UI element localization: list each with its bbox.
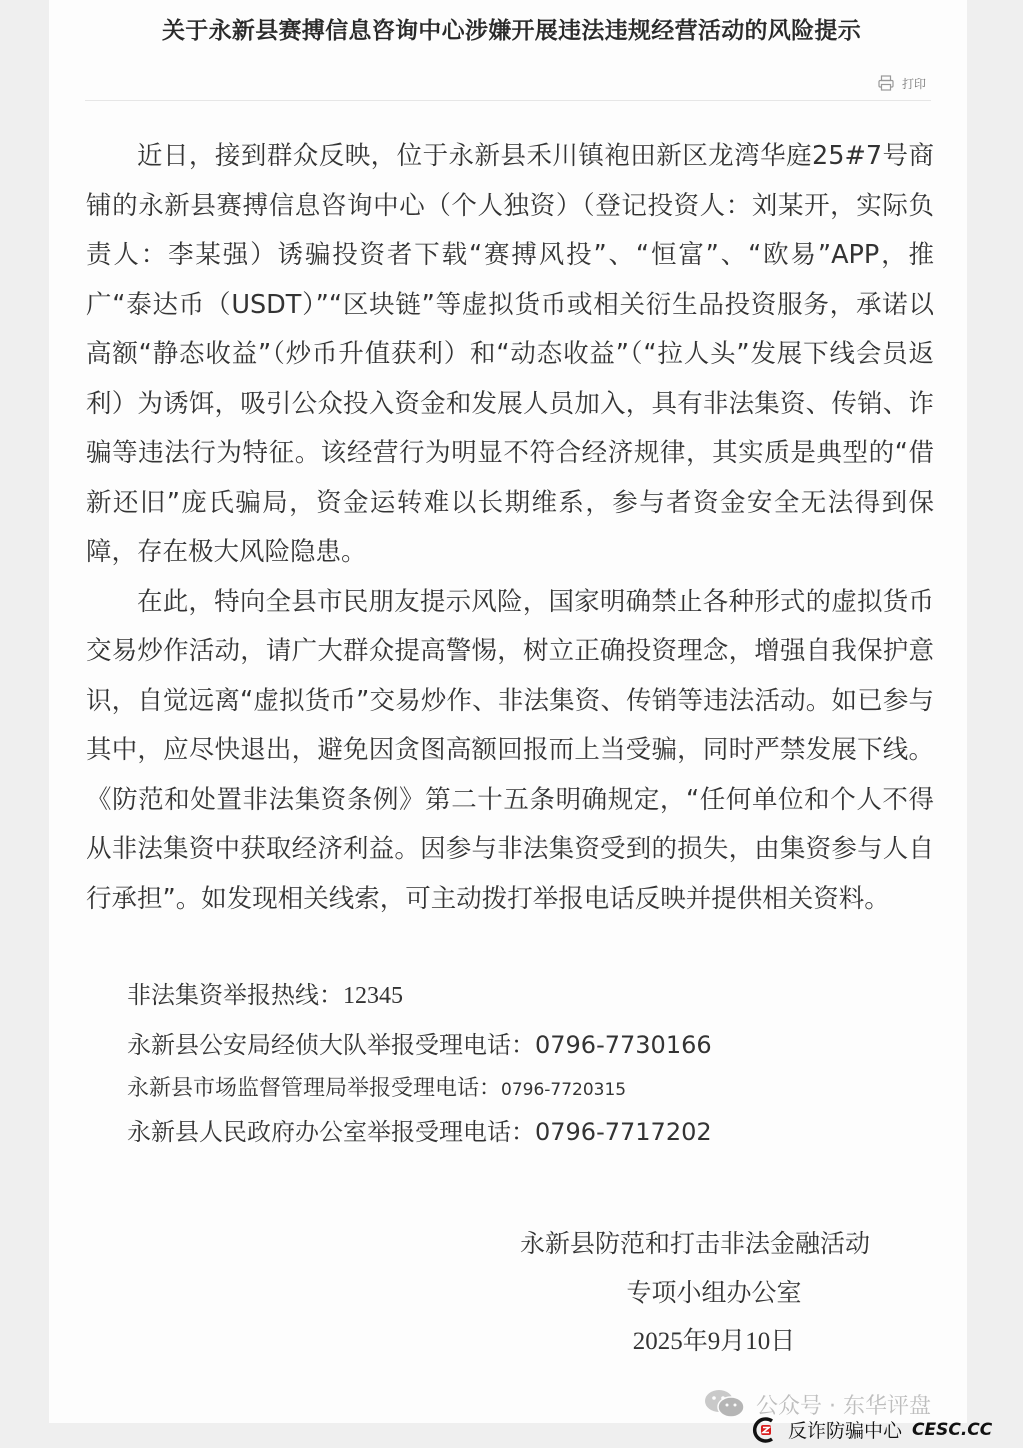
contact-market-supervision: 永新县市场监督管理局举报受理电话：0796-7720315: [127, 1071, 626, 1102]
contact-government-office: 永新县人民政府办公室举报受理电话：0796-7717202: [127, 1112, 712, 1147]
title-divider: [85, 100, 931, 101]
contact-number: 0796-7720315: [501, 1080, 626, 1100]
wechat-account-label: 公众号 · 东华评盘: [756, 1389, 931, 1420]
contact-number: 0796-7717202: [535, 1118, 712, 1146]
signature-org-line2: 专项小组办公室: [519, 1273, 909, 1322]
contact-hotline: 非法集资举报热线：12345: [127, 975, 403, 1010]
contact-label: 永新县市场监督管理局举报受理电话：: [127, 1076, 501, 1101]
wechat-icon: [702, 1388, 748, 1420]
printer-icon: [877, 74, 895, 92]
paragraph-1: 近日，接到群众反映，位于永新县禾川镇袍田新区龙湾华庭25#7号商铺的永新县赛搏信…: [86, 132, 934, 578]
anti-fraud-stamp: 反诈防骗中心 CESC.CC: [752, 1416, 992, 1443]
paragraph-2: 在此，特向全县市民朋友提示风险，国家明确禁止各种形式的虚拟货币交易炒作活动，请广…: [86, 578, 934, 925]
stamp-domain: CESC.CC: [912, 1420, 992, 1440]
contact-label: 非法集资举报热线：: [127, 981, 343, 1009]
signature-block: 永新县防范和打击非法金融活动 专项小组办公室 2025年9月10日: [519, 1224, 909, 1371]
print-label: 打印: [902, 75, 926, 92]
contact-number: 12345: [343, 983, 403, 1009]
print-button[interactable]: 打印: [877, 74, 926, 92]
stamp-text: 反诈防骗中心: [788, 1416, 902, 1443]
anti-fraud-logo-icon: [752, 1417, 778, 1443]
contact-label: 永新县公安局经侦大队举报受理电话：: [127, 1031, 535, 1059]
contact-police: 永新县公安局经侦大队举报受理电话：0796-7730166: [127, 1025, 712, 1060]
signature-org-line1: 永新县防范和打击非法金融活动: [519, 1224, 909, 1273]
article-title: 关于永新县赛搏信息咨询中心涉嫌开展违法违规经营活动的风险提示: [0, 12, 1023, 45]
article-body: 近日，接到群众反映，位于永新县禾川镇袍田新区龙湾华庭25#7号商铺的永新县赛搏信…: [86, 132, 934, 924]
article-card: 关于永新县赛搏信息咨询中心涉嫌开展违法违规经营活动的风险提示 打印 近日，接到群…: [49, 0, 967, 1423]
contact-label: 永新县人民政府办公室举报受理电话：: [127, 1118, 535, 1146]
contact-number: 0796-7730166: [535, 1031, 712, 1059]
signature-date: 2025年9月10日: [519, 1322, 909, 1371]
